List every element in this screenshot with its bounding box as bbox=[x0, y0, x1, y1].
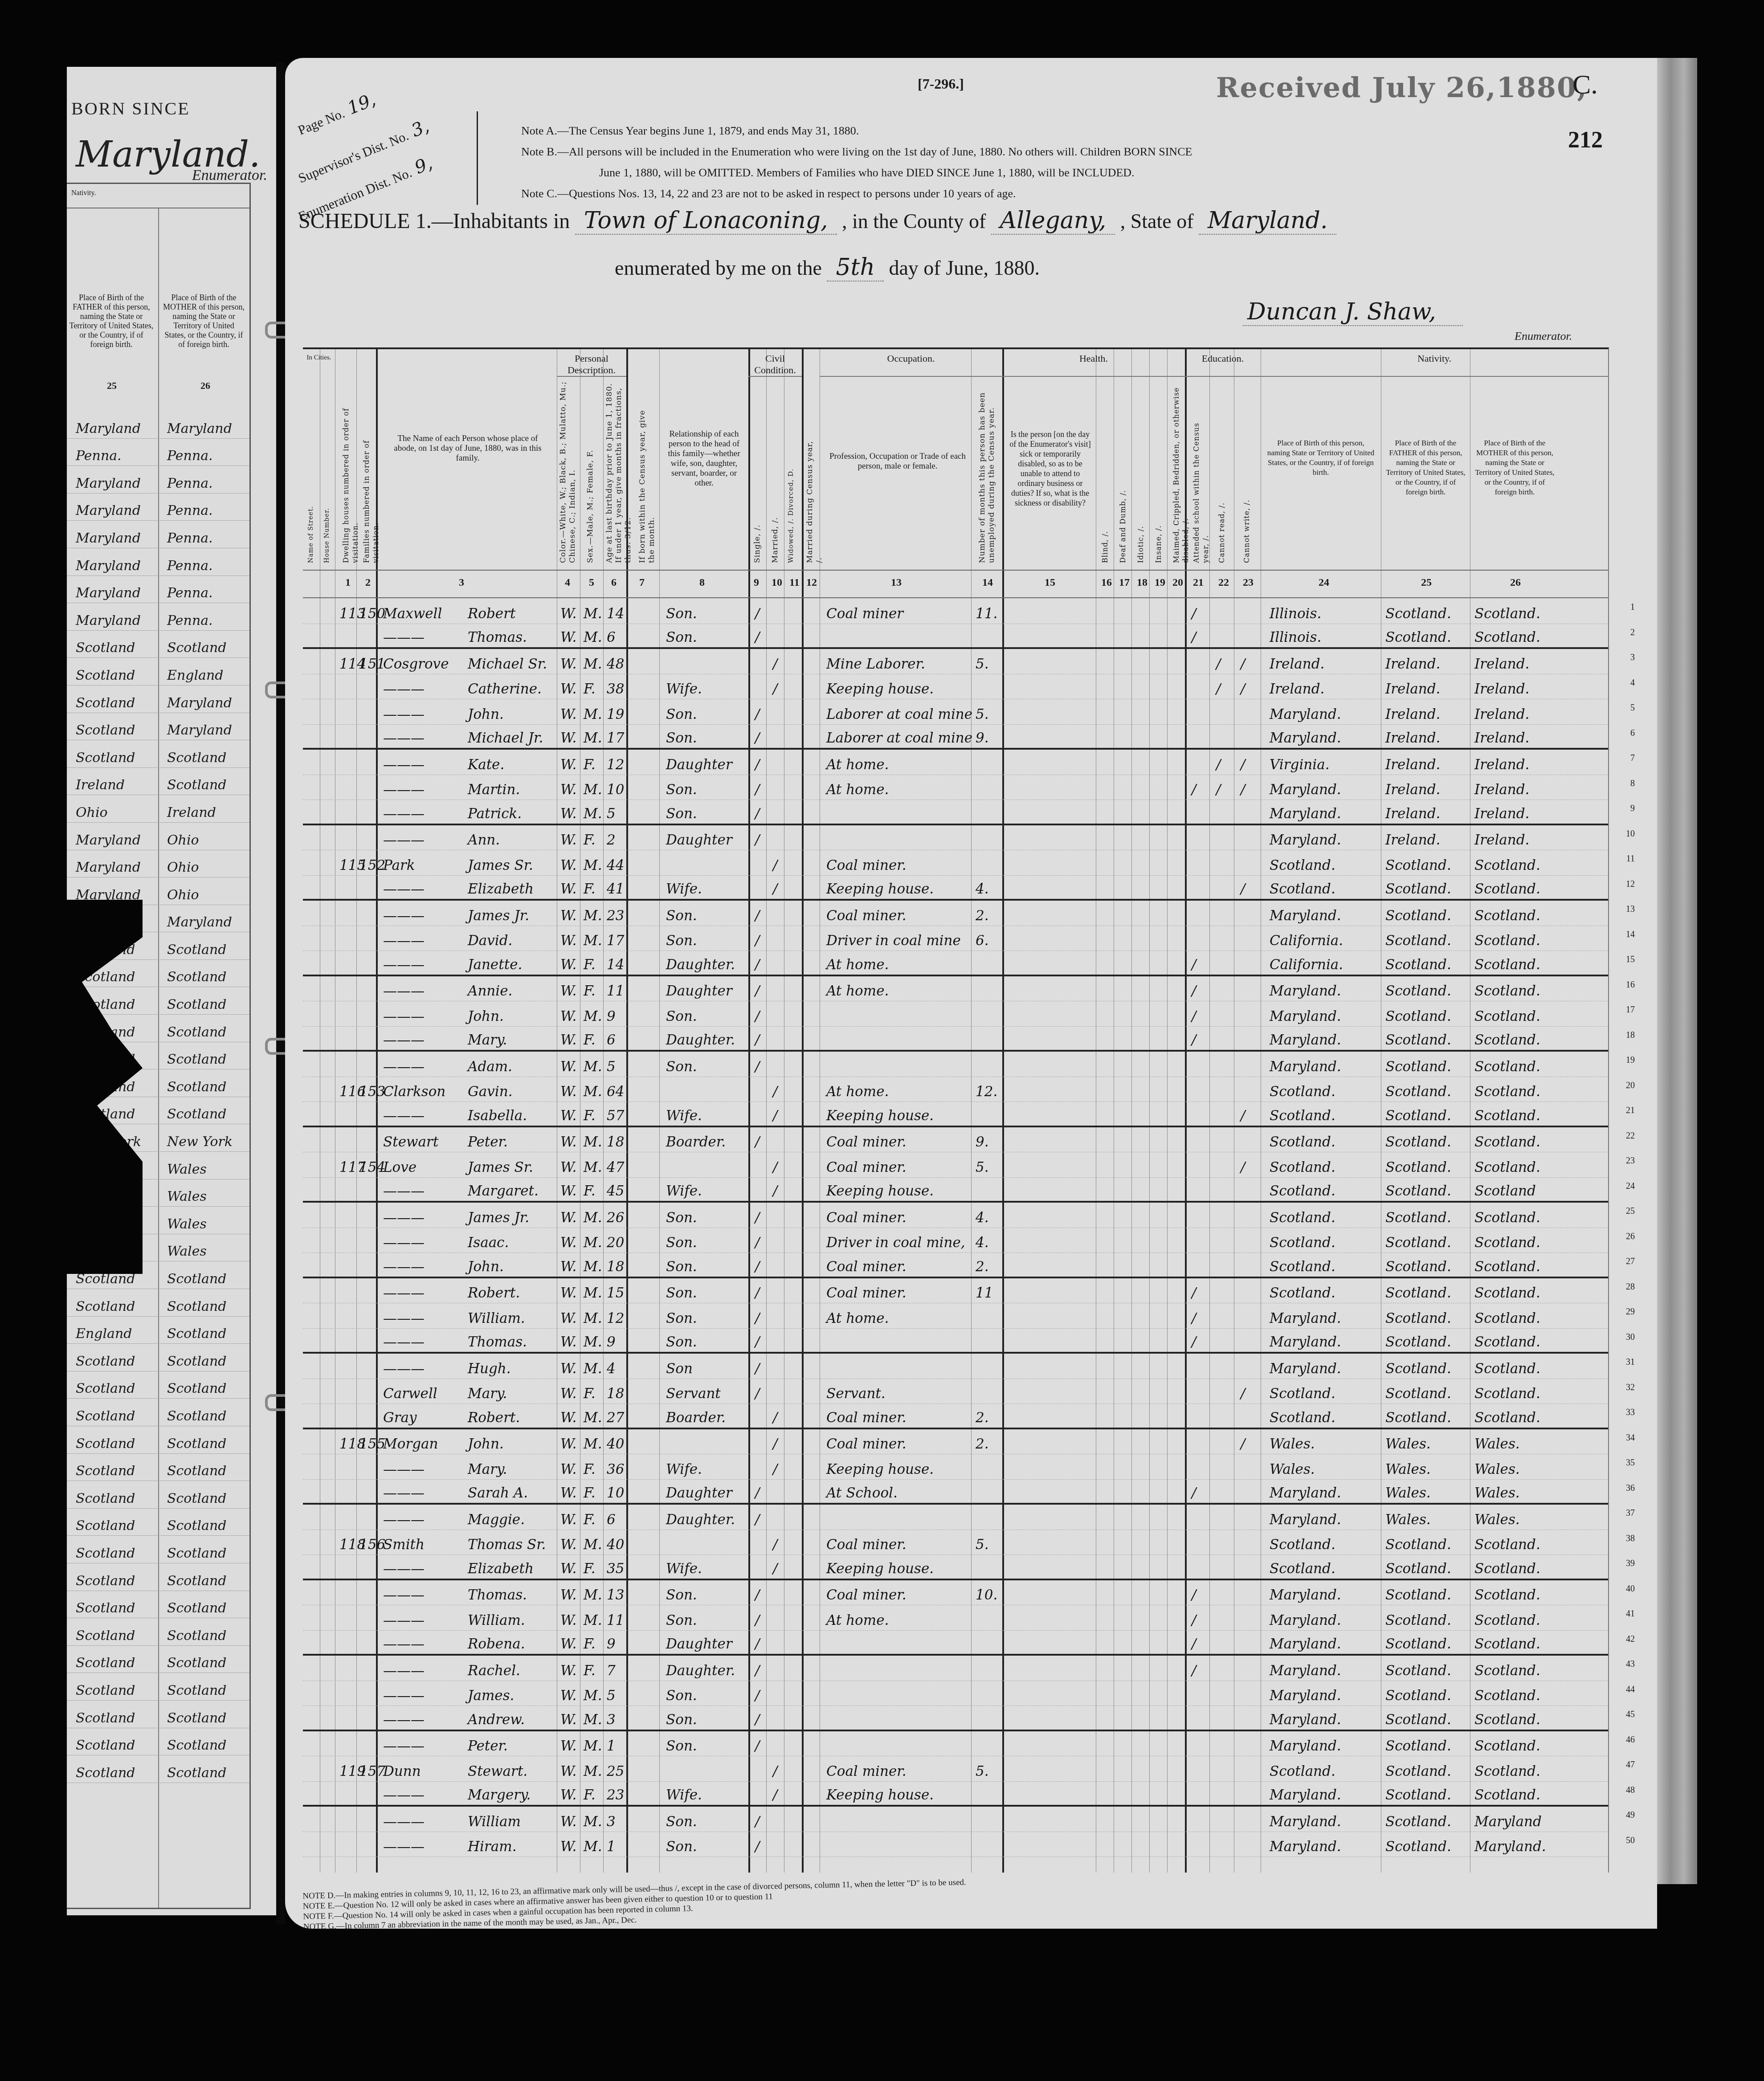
cell-color: W. bbox=[560, 656, 576, 672]
left-cell-father: Scotland bbox=[67, 1381, 158, 1396]
cell-birth: Wales. bbox=[1270, 1461, 1315, 1477]
cell-age: 9 bbox=[607, 1334, 616, 1350]
cell-single: / bbox=[755, 1485, 759, 1501]
left-cell-mother: Scotland bbox=[158, 1408, 249, 1424]
cell-sex: F. bbox=[584, 1183, 596, 1199]
cell-age: 23 bbox=[607, 1787, 624, 1803]
header-rule bbox=[1261, 376, 1608, 377]
cell-unemp: 10. bbox=[976, 1587, 997, 1603]
left-table-row: ScotlandScotland bbox=[67, 1289, 249, 1317]
cell-birth: Maryland. bbox=[1270, 1032, 1341, 1048]
cell-mother: Scotland. bbox=[1474, 1410, 1540, 1426]
left-cell-father: Scotland bbox=[67, 1628, 158, 1644]
brace-divider bbox=[477, 111, 478, 205]
cell-surname: ——— bbox=[383, 1334, 425, 1350]
cell-surname: ——— bbox=[383, 1485, 425, 1501]
col21-header: Attended school within the Census year, … bbox=[1192, 407, 1210, 563]
line-number: 21 bbox=[1626, 1106, 1635, 1116]
cell-age: 47 bbox=[607, 1159, 624, 1175]
left-table-row: MarylandMaryland bbox=[67, 411, 249, 439]
cell-mother: Scotland. bbox=[1474, 857, 1540, 873]
line-number: 17 bbox=[1626, 1005, 1635, 1015]
left-table-row: ScotlandScotland bbox=[67, 1509, 249, 1536]
cell-father: Ireland. bbox=[1385, 806, 1440, 822]
left-cell-father: Scotland bbox=[67, 1600, 158, 1616]
left-table-row: ScotlandScotland bbox=[67, 1399, 249, 1426]
cell-occ: Coal miner. bbox=[826, 1159, 906, 1175]
cell-sex: M. bbox=[584, 1334, 602, 1350]
cell-rel: Son. bbox=[666, 1235, 697, 1251]
day-field: 5th bbox=[827, 254, 883, 282]
col-street-header: Name of Street. bbox=[306, 461, 316, 563]
cell-single: / bbox=[755, 933, 759, 949]
cell-age: 25 bbox=[607, 1763, 624, 1779]
cell-surname: ——— bbox=[383, 983, 425, 999]
table-row: GrayRobert.W.M.27Boarder./Coal miner.2.S… bbox=[303, 1404, 1608, 1429]
left-cell-mother: Scotland bbox=[158, 1573, 249, 1589]
cell-rel: Daughter. bbox=[666, 1663, 735, 1679]
cell-married: / bbox=[773, 1159, 777, 1175]
col20-header: Maimed, Crippled, Bedridden, or otherwis… bbox=[1172, 380, 1190, 563]
cell-married: / bbox=[773, 1787, 777, 1803]
cell-mother: Maryland. bbox=[1474, 1839, 1546, 1855]
cell-occ: At home. bbox=[826, 782, 889, 798]
education-header: Education. bbox=[1185, 353, 1261, 364]
cell-married: / bbox=[773, 1436, 777, 1452]
left-table-row: MarylandPenna. bbox=[67, 603, 249, 631]
cell-mother: Scotland. bbox=[1474, 1612, 1540, 1628]
cell-school: / bbox=[1192, 1334, 1196, 1350]
cell-occ: Coal miner. bbox=[826, 1210, 906, 1226]
cell-birth: Maryland. bbox=[1270, 1008, 1341, 1024]
cell-unemp: 11 bbox=[976, 1285, 993, 1301]
cell-father: Wales. bbox=[1385, 1485, 1431, 1501]
cell-single: / bbox=[755, 1636, 759, 1652]
column-number: 24 bbox=[1319, 577, 1329, 589]
cell-given: Maggie. bbox=[468, 1512, 525, 1528]
left-cell-mother: Scotland bbox=[158, 750, 249, 766]
table-row: ———Janette.W.F.14Daughter./At home./Cali… bbox=[303, 951, 1608, 976]
line-number: 18 bbox=[1626, 1030, 1635, 1040]
left-table-row: ScotlandScotland bbox=[67, 1563, 249, 1591]
cell-unemp: 4. bbox=[976, 1235, 989, 1251]
cell-school: / bbox=[1192, 629, 1196, 645]
line-number: 28 bbox=[1626, 1282, 1635, 1292]
cell-age: 10 bbox=[607, 1485, 624, 1501]
cell-birth: Ireland. bbox=[1270, 656, 1324, 672]
cell-unemp: 2. bbox=[976, 1259, 989, 1275]
cell-surname: ——— bbox=[383, 1587, 425, 1603]
table-row: ———William.W.M.11Son./At home./Maryland.… bbox=[303, 1605, 1608, 1631]
cell-age: 18 bbox=[607, 1386, 624, 1402]
left-table-row: ScotlandScotland bbox=[67, 1591, 249, 1619]
cell-age: 10 bbox=[607, 782, 624, 798]
left-cell-father: Ireland bbox=[67, 777, 158, 793]
cell-rel: Son. bbox=[666, 1712, 697, 1728]
cell-father: Scotland. bbox=[1385, 629, 1451, 645]
cell-age: 20 bbox=[607, 1235, 624, 1251]
column-number: 15 bbox=[1045, 577, 1055, 589]
cell-mother: Scotland. bbox=[1474, 1310, 1540, 1326]
cell-birth: Maryland. bbox=[1270, 983, 1341, 999]
column-number: 20 bbox=[1172, 577, 1183, 589]
cell-sex: F. bbox=[584, 1561, 596, 1577]
cell-married: / bbox=[773, 681, 777, 697]
cell-sex: F. bbox=[584, 1663, 596, 1679]
cell-surname: Stewart bbox=[383, 1134, 438, 1150]
cell-color: W. bbox=[560, 1108, 576, 1124]
col22-header: Cannot read, /. bbox=[1217, 487, 1226, 563]
cell-occ: At home. bbox=[826, 1310, 889, 1326]
cell-color: W. bbox=[560, 1059, 576, 1075]
cell-age: 1 bbox=[607, 1839, 616, 1855]
cell-rel: Son. bbox=[666, 1310, 697, 1326]
census-page: [7-296.] Received July 26,1880, C. 212 P… bbox=[285, 58, 1657, 1929]
nativity-header: Nativity. bbox=[1261, 353, 1608, 364]
left-cell-mother: Scotland bbox=[158, 1024, 249, 1040]
col4-header: Color.—White, W.; Black, B.; Mulatto, Mu… bbox=[559, 380, 577, 563]
cell-father: Scotland. bbox=[1385, 1738, 1451, 1754]
left-table-row: ScotlandScotland bbox=[67, 631, 249, 658]
cell-single: / bbox=[755, 1814, 759, 1830]
line-number: 5 bbox=[1630, 703, 1635, 713]
cell-cw: / bbox=[1241, 782, 1245, 798]
cell-rel: Wife. bbox=[666, 1787, 702, 1803]
cell-single: / bbox=[755, 1032, 759, 1048]
cell-father: Ireland. bbox=[1385, 681, 1440, 697]
column-number: 13 bbox=[891, 577, 902, 589]
column-number: 12 bbox=[806, 577, 817, 589]
left-cell-father: Scotland bbox=[67, 1765, 158, 1781]
cell-surname: Carwell bbox=[383, 1386, 437, 1402]
cell-sex: M. bbox=[584, 933, 602, 949]
cell-married: / bbox=[773, 1410, 777, 1426]
left-table-row: ScotlandScotland bbox=[67, 1481, 249, 1509]
cell-given: Adam. bbox=[468, 1059, 512, 1075]
cell-color: W. bbox=[560, 832, 576, 848]
left-cell-father: Scotland bbox=[67, 695, 158, 711]
col18-header: Idiotic, /. bbox=[1136, 510, 1145, 563]
left-cell-mother: Scotland bbox=[158, 1299, 249, 1314]
cell-occ: Coal miner. bbox=[826, 1763, 906, 1779]
left-cell-father: Scotland bbox=[67, 1463, 158, 1479]
cell-school: / bbox=[1192, 1032, 1196, 1048]
cell-father: Scotland. bbox=[1385, 1561, 1451, 1577]
cell-fam: 155 bbox=[359, 1436, 385, 1452]
cell-unemp: 11. bbox=[976, 606, 997, 622]
left-cell-mother: Scotland bbox=[158, 777, 249, 793]
cell-single: / bbox=[755, 1134, 759, 1150]
left-cell-mother: Wales bbox=[158, 1216, 249, 1232]
cell-rel: Son. bbox=[666, 606, 697, 622]
cell-unemp: 9. bbox=[976, 730, 989, 746]
cell-sex: F. bbox=[584, 1787, 596, 1803]
cell-sex: M. bbox=[584, 1159, 602, 1175]
line-number: 9 bbox=[1630, 804, 1635, 814]
cell-age: 15 bbox=[607, 1285, 624, 1301]
left-cell-mother: Maryland bbox=[158, 421, 249, 437]
cell-fam: 152 bbox=[359, 857, 385, 873]
left-cell-mother: Scotland bbox=[158, 1546, 249, 1561]
cell-color: W. bbox=[560, 629, 576, 645]
line-number: 11 bbox=[1626, 854, 1635, 864]
table-row: ———Rachel.W.F.7Daughter.//Maryland.Scotl… bbox=[303, 1656, 1608, 1681]
line-number: 13 bbox=[1626, 904, 1635, 914]
left-cell-mother: Scotland bbox=[158, 1491, 249, 1506]
cell-age: 6 bbox=[607, 1512, 616, 1528]
col13-header: Profession, Occupation or Trade of each … bbox=[826, 452, 969, 471]
cell-cw: / bbox=[1241, 1436, 1245, 1452]
cell-mother: Scotland. bbox=[1474, 908, 1540, 924]
cell-unemp: 6. bbox=[976, 933, 989, 949]
left-cell-mother: Scotland bbox=[158, 640, 249, 656]
line-number: 16 bbox=[1626, 980, 1635, 990]
cell-single: / bbox=[755, 806, 759, 822]
cell-married: / bbox=[773, 881, 777, 897]
col9-header: Single, /. bbox=[753, 501, 762, 563]
cell-mother: Scotland. bbox=[1474, 629, 1540, 645]
cell-birth: Illinois. bbox=[1270, 606, 1321, 622]
table-row: ———Ann.W.F.2Daughter/Maryland.Ireland.Ir… bbox=[303, 825, 1608, 851]
cell-sex: M. bbox=[584, 706, 602, 722]
cell-unemp: 4. bbox=[976, 1210, 989, 1226]
cell-rel: Wife. bbox=[666, 1561, 702, 1577]
cell-mother: Scotland. bbox=[1474, 1738, 1540, 1754]
line-number: 39 bbox=[1626, 1559, 1635, 1569]
cell-birth: Scotland. bbox=[1270, 1410, 1335, 1426]
cell-single: / bbox=[755, 1688, 759, 1704]
cell-given: Janette. bbox=[468, 957, 522, 973]
table-row: ———Kate.W.F.12Daughter/At home.//Virgini… bbox=[303, 750, 1608, 775]
cell-mother: Scotland. bbox=[1474, 933, 1540, 949]
cell-unemp: 5. bbox=[976, 706, 989, 722]
left-cell-father: Scotland bbox=[67, 1710, 158, 1726]
cell-given: Robert. bbox=[468, 1410, 520, 1426]
cell-rel: Son. bbox=[666, 1688, 697, 1704]
line-number: 20 bbox=[1626, 1081, 1635, 1091]
cell-mother: Scotland. bbox=[1474, 1712, 1540, 1728]
table-row: ———John.W.M.9Son.//Maryland.Scotland.Sco… bbox=[303, 1001, 1608, 1027]
cell-sex: M. bbox=[584, 782, 602, 798]
cell-given: Andrew. bbox=[468, 1712, 525, 1728]
left-table-row: MarylandPenna. bbox=[67, 466, 249, 494]
table-row: ———Thomas.W.M.13Son./Coal miner.10./Mary… bbox=[303, 1580, 1608, 1606]
book-spine bbox=[276, 62, 285, 1924]
cell-mother: Scotland. bbox=[1474, 1334, 1540, 1350]
cell-age: 13 bbox=[607, 1587, 624, 1603]
cell-school: / bbox=[1192, 1663, 1196, 1679]
table-row: 118156SmithThomas Sr.W.M.40/Coal miner.5… bbox=[303, 1530, 1608, 1555]
col-house-header: House Number. bbox=[323, 461, 332, 563]
cell-age: 18 bbox=[607, 1134, 624, 1150]
cell-rel: Son. bbox=[666, 730, 697, 746]
cell-birth: Scotland. bbox=[1270, 1386, 1335, 1402]
left-cell-mother: Scotland bbox=[158, 1628, 249, 1644]
col14-header: Number of months this person has been un… bbox=[978, 380, 996, 563]
cell-rel: Son bbox=[666, 1361, 693, 1377]
cell-mother: Ireland. bbox=[1474, 757, 1529, 773]
cell-age: 11 bbox=[607, 983, 624, 999]
left-cell-father: Scotland bbox=[67, 1354, 158, 1369]
cell-color: W. bbox=[560, 782, 576, 798]
cell-birth: California. bbox=[1270, 957, 1343, 973]
cell-age: 27 bbox=[607, 1410, 624, 1426]
cell-occ: At home. bbox=[826, 1084, 889, 1100]
cell-given: Margaret. bbox=[468, 1183, 539, 1199]
left-table-row: Penna.Penna. bbox=[67, 439, 249, 466]
left-cell-father: Maryland bbox=[67, 585, 158, 601]
left-cell-mother: England bbox=[158, 668, 249, 683]
table-row: ———James.W.M.5Son./Maryland.Scotland.Sco… bbox=[303, 1681, 1608, 1706]
left-cell-mother: Ireland bbox=[158, 805, 249, 820]
cell-color: W. bbox=[560, 1485, 576, 1501]
left-cell-father: Scotland bbox=[67, 1518, 158, 1534]
cell-father: Scotland. bbox=[1385, 983, 1451, 999]
col12-header: Married during Census year, /. bbox=[805, 434, 824, 563]
note-a: Note A.—The Census Year begins June 1, 1… bbox=[521, 120, 1192, 141]
cell-surname: ——— bbox=[383, 1008, 425, 1024]
cell-mother: Scotland. bbox=[1474, 983, 1540, 999]
cell-age: 57 bbox=[607, 1108, 624, 1124]
cell-father: Scotland. bbox=[1385, 1159, 1451, 1175]
cell-sex: M. bbox=[584, 1084, 602, 1100]
table-row: ———ElizabethW.F.35Wife./Keeping house.Sc… bbox=[303, 1555, 1608, 1580]
cell-birth: Maryland. bbox=[1270, 1310, 1341, 1326]
cell-color: W. bbox=[560, 1561, 576, 1577]
left-cell-mother: Scotland bbox=[158, 1655, 249, 1671]
cell-rel: Son. bbox=[666, 908, 697, 924]
cell-father: Ireland. bbox=[1385, 782, 1440, 798]
cell-mother: Scotland. bbox=[1474, 1134, 1540, 1150]
left-cell-father: Penna. bbox=[67, 448, 158, 464]
left-cell-mother: Scotland bbox=[158, 1079, 249, 1095]
cell-color: W. bbox=[560, 1084, 576, 1100]
cell-occ: Coal miner. bbox=[826, 1410, 906, 1426]
received-stamp: Received July 26,1880, bbox=[1216, 71, 1588, 104]
col26-header: Place of Birth of the MOTHER of this per… bbox=[1474, 438, 1556, 497]
left-cell-mother: Penna. bbox=[158, 613, 249, 628]
cell-sex: M. bbox=[584, 1410, 602, 1426]
table-row: ———Isaac.W.M.20Son./Driver in coal mine,… bbox=[303, 1228, 1608, 1253]
table-row: ———Peter.W.M.1Son./Maryland.Scotland.Sco… bbox=[303, 1731, 1608, 1757]
cell-given: John. bbox=[468, 1008, 504, 1024]
line-number: 47 bbox=[1626, 1760, 1635, 1770]
cell-color: W. bbox=[560, 1183, 576, 1199]
cell-mother: Ireland. bbox=[1474, 706, 1529, 722]
cell-color: W. bbox=[560, 706, 576, 722]
cell-rel: Son. bbox=[666, 629, 697, 645]
left-table-row: IrelandScotland bbox=[67, 768, 249, 796]
cell-birth: Maryland. bbox=[1270, 1712, 1341, 1728]
cell-color: W. bbox=[560, 1159, 576, 1175]
table-row: ———Sarah A.W.F.10Daughter/At School./Mar… bbox=[303, 1480, 1608, 1505]
col2-header: Families numbered in order of visitation… bbox=[362, 416, 380, 563]
cell-single: / bbox=[755, 782, 759, 798]
column-number: 5 bbox=[589, 577, 594, 589]
column-number: 21 bbox=[1193, 577, 1204, 589]
col6-header: Age at last birthday prior to June 1, 18… bbox=[605, 380, 633, 563]
cell-given: Peter. bbox=[468, 1134, 508, 1150]
cell-occ: Laborer at coal mine bbox=[826, 730, 972, 746]
cell-school: / bbox=[1192, 1636, 1196, 1652]
cell-father: Scotland. bbox=[1385, 1787, 1451, 1803]
cell-sex: F. bbox=[584, 1386, 596, 1402]
cell-surname: ——— bbox=[383, 1059, 425, 1075]
cell-rel: Boarder. bbox=[666, 1410, 726, 1426]
cell-given: William. bbox=[468, 1310, 525, 1326]
line-number: 26 bbox=[1626, 1232, 1635, 1242]
cell-father: Ireland. bbox=[1385, 706, 1440, 722]
cell-occ: At home. bbox=[826, 983, 889, 999]
cell-single: / bbox=[755, 1512, 759, 1528]
cell-given: Martin. bbox=[468, 782, 520, 798]
cell-school: / bbox=[1192, 1612, 1196, 1628]
cell-fam: 150 bbox=[359, 606, 385, 622]
line-number: 44 bbox=[1626, 1685, 1635, 1695]
cell-given: Michael Jr. bbox=[468, 730, 543, 746]
cell-unemp: 12. bbox=[976, 1084, 997, 1100]
cell-father: Scotland. bbox=[1385, 1410, 1451, 1426]
table-row: 113150MaxwellRobertW.M.14Son./Coal miner… bbox=[303, 599, 1608, 624]
cell-birth: Virginia. bbox=[1270, 757, 1330, 773]
cell-surname: ——— bbox=[383, 757, 425, 773]
cell-rel: Servant bbox=[666, 1386, 721, 1402]
cell-surname: ——— bbox=[383, 908, 425, 924]
cell-given: Peter. bbox=[468, 1738, 508, 1754]
cell-father: Scotland. bbox=[1385, 1386, 1451, 1402]
cell-color: W. bbox=[560, 1285, 576, 1301]
stamped-page-number: 212 bbox=[1568, 127, 1603, 153]
line-number: 46 bbox=[1626, 1735, 1635, 1745]
cell-birth: Scotland. bbox=[1270, 1183, 1335, 1199]
column-number: 23 bbox=[1243, 577, 1254, 589]
cell-color: W. bbox=[560, 1259, 576, 1275]
cell-age: 6 bbox=[607, 629, 616, 645]
cell-married: / bbox=[773, 1763, 777, 1779]
left-cell-father: Maryland bbox=[67, 860, 158, 875]
col16-header: Blind, /. bbox=[1100, 518, 1110, 563]
column-number: 18 bbox=[1137, 577, 1147, 589]
table-row: ———Catherine.W.F.38Wife./Keeping house./… bbox=[303, 674, 1608, 700]
left-cell-mother: Maryland bbox=[158, 914, 249, 930]
table-row: ———Michael Jr.W.M.17Son./Laborer at coal… bbox=[303, 725, 1608, 750]
left-table-row: ScotlandScotland bbox=[67, 1454, 249, 1481]
header-rule bbox=[748, 376, 802, 377]
cell-surname: Cosgrove bbox=[383, 656, 449, 672]
cell-sex: F. bbox=[584, 1485, 596, 1501]
cell-mother: Scotland. bbox=[1474, 1235, 1540, 1251]
table-row: 116153ClarksonGavin.W.M.64/At home.12.Sc… bbox=[303, 1077, 1608, 1102]
cell-surname: ——— bbox=[383, 782, 425, 798]
left-table-row: ScotlandScotland bbox=[67, 1728, 249, 1756]
cell-father: Scotland. bbox=[1385, 1008, 1451, 1024]
cell-sex: F. bbox=[584, 983, 596, 999]
cell-father: Scotland. bbox=[1385, 1587, 1451, 1603]
cell-father: Scotland. bbox=[1385, 1839, 1451, 1855]
sheet-letter: C. bbox=[1572, 69, 1598, 101]
cell-age: 18 bbox=[607, 1259, 624, 1275]
left-cell-father: Scotland bbox=[67, 1436, 158, 1452]
left-cell-father: Scotland bbox=[67, 640, 158, 656]
cell-surname: ——— bbox=[383, 1612, 425, 1628]
cell-occ: At home. bbox=[826, 757, 889, 773]
left-cell-mother: Wales bbox=[158, 1244, 249, 1259]
left-cell-mother: Penna. bbox=[158, 476, 249, 491]
cell-father: Scotland. bbox=[1385, 933, 1451, 949]
cell-surname: Park bbox=[383, 857, 415, 873]
cell-sex: M. bbox=[584, 1310, 602, 1326]
cell-single: / bbox=[755, 757, 759, 773]
